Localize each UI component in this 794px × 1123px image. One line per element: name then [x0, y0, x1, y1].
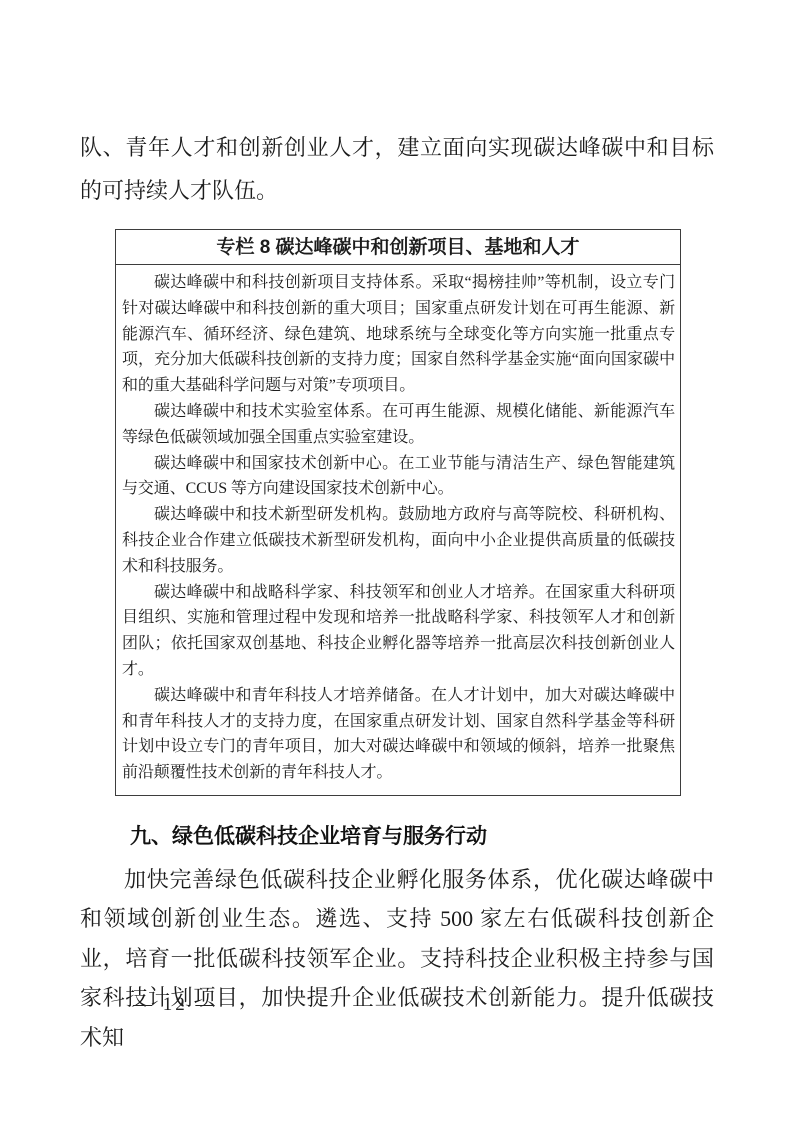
box-paragraph-innovation-projects: 碳达峰碳中和科技创新项目支持体系。采取“揭榜挂帅”等机制，设立专门针对碳达峰碳中… — [122, 270, 675, 399]
box-paragraph-national-tech-centers: 碳达峰碳中和国家技术创新中心。在工业节能与清洁生产、绿色智能建筑与交通、CCUS… — [122, 451, 675, 503]
section-paragraph: 加快完善绿色低碳科技企业孵化服务体系，优化碳达峰碳中和领域创新创业生态。遴选、支… — [80, 860, 714, 1058]
page-number: — 12 — — [133, 993, 218, 1016]
intro-paragraph: 队、青年人才和创新创业人才，建立面向实现碳达峰碳中和目标的可持续人才队伍。 — [80, 126, 714, 212]
document-content: 队、青年人才和创新创业人才，建立面向实现碳达峰碳中和目标的可持续人才队伍。 专栏… — [80, 0, 714, 1057]
column-box: 专栏 8 碳达峰碳中和创新项目、基地和人才 碳达峰碳中和科技创新项目支持体系。采… — [115, 229, 681, 796]
column-box-body: 碳达峰碳中和科技创新项目支持体系。采取“揭榜挂帅”等机制，设立专门针对碳达峰碳中… — [116, 265, 680, 795]
document-page: 队、青年人才和创新创业人才，建立面向实现碳达峰碳中和目标的可持续人才队伍。 专栏… — [0, 0, 794, 1123]
box-paragraph-strategic-scientists: 碳达峰碳中和战略科学家、科技领军和创业人才培养。在国家重大科研项目组织、实施和管… — [122, 580, 675, 683]
box-paragraph-new-rd-institutions: 碳达峰碳中和技术新型研发机构。鼓励地方政府与高等院校、科研机构、科技企业合作建立… — [122, 502, 675, 579]
section-heading-nine: 九、绿色低碳科技企业培育与服务行动 — [80, 824, 714, 849]
column-box-title: 专栏 8 碳达峰碳中和创新项目、基地和人才 — [116, 230, 680, 265]
box-paragraph-young-talent: 碳达峰碳中和青年科技人才培养储备。在人才计划中，加大对碳达峰碳中和青年科技人才的… — [122, 683, 675, 786]
box-paragraph-laboratory-system: 碳达峰碳中和技术实验室体系。在可再生能源、规模化储能、新能源汽车等绿色低碳领域加… — [122, 399, 675, 451]
